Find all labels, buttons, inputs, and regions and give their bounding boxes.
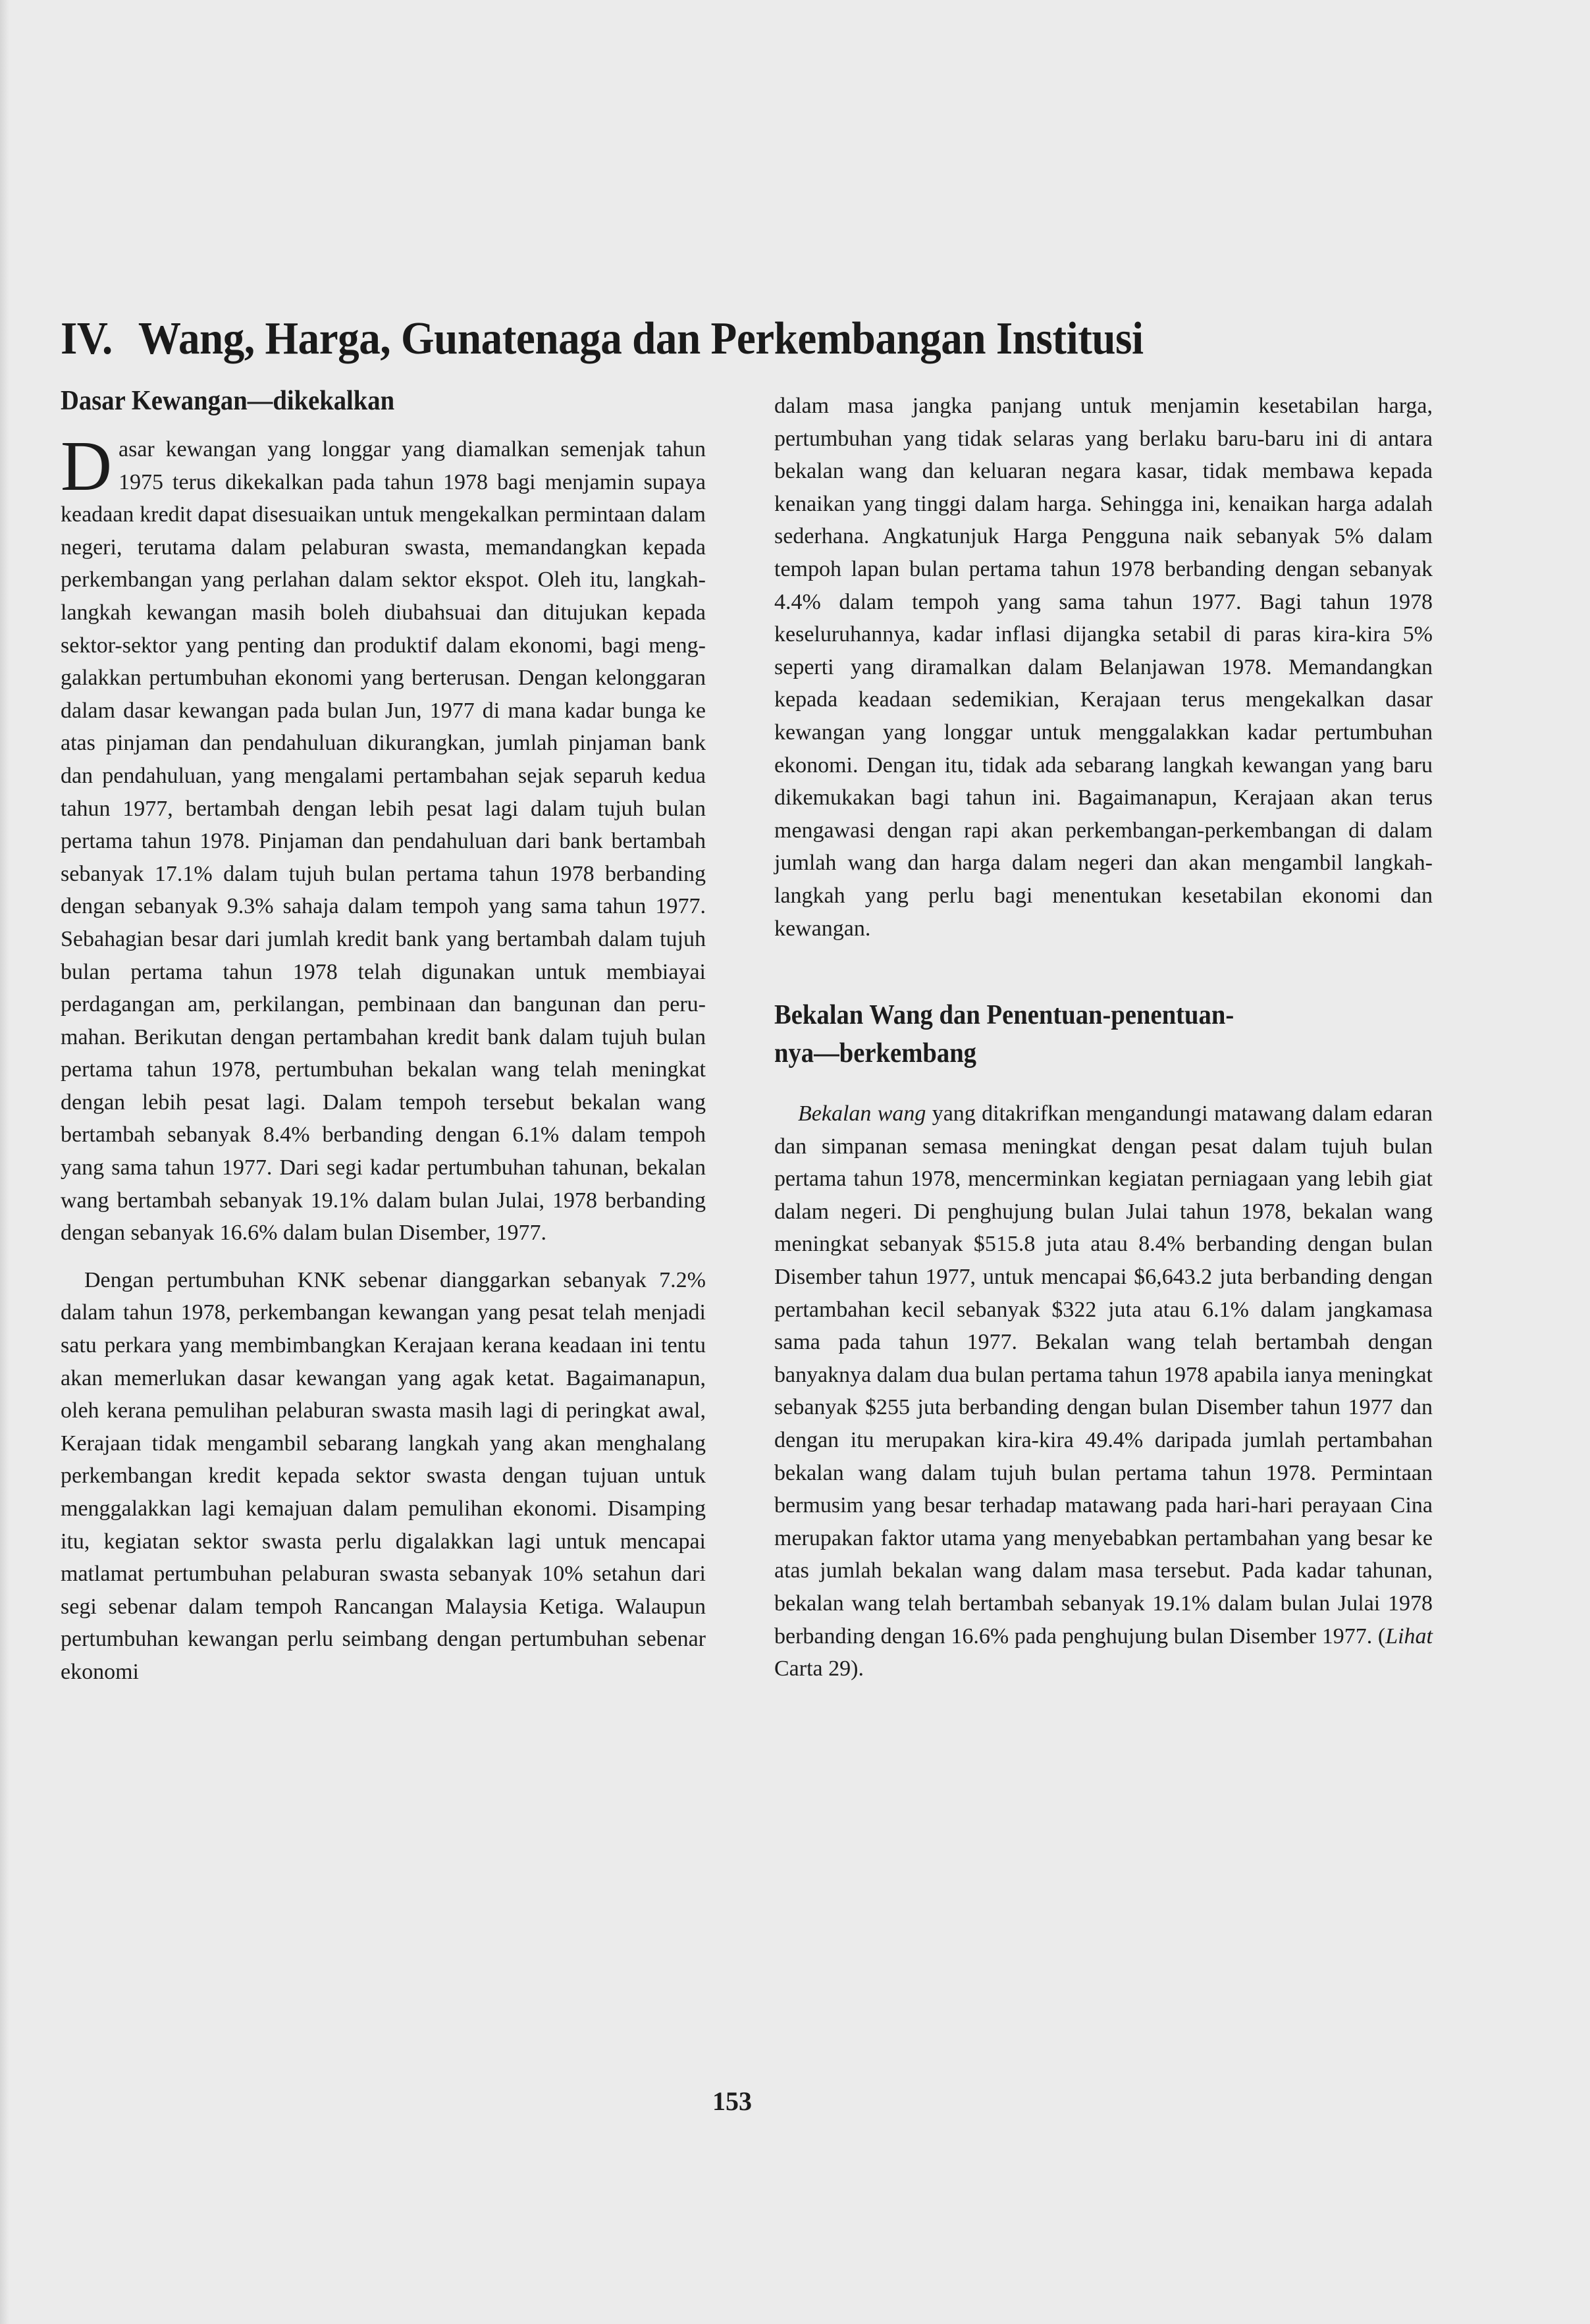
italic-term: Bekalan wang xyxy=(798,1101,926,1126)
page-edge-shadow xyxy=(0,0,9,2324)
paragraph-bekalan-wang: Bekalan wang yang ditakrifkan mengandung… xyxy=(774,1097,1433,1685)
paragraph-continuation: dalam masa jangka panjang untuk menjamin… xyxy=(774,390,1433,945)
cross-reference[interactable]: Lihat xyxy=(1385,1624,1433,1649)
page-number: 153 xyxy=(712,2086,752,2117)
drop-cap: D xyxy=(61,438,112,495)
chapter-title: IV.Wang, Harga, Gunatenaga dan Perkemban… xyxy=(61,313,1408,365)
paragraph-dasar-kewangan-1: Dasar kewangan yang longgar yang diamalk… xyxy=(61,433,706,1250)
chapter-title-text: Wang, Harga, Gunatenaga dan Perkembangan… xyxy=(138,313,1144,364)
section-heading-dasar-kewangan: Dasar Kewangan—dikekalkan xyxy=(61,382,654,420)
section-heading-bekalan-wang: Bekalan Wang dan Penentuan-penentuan- ny… xyxy=(774,996,1380,1072)
paragraph-dasar-kewangan-2: Dengan pertumbuhan KNK sebenar dianggark… xyxy=(61,1264,706,1689)
right-column: dalam masa jangka panjang untuk menjamin… xyxy=(774,390,1433,1685)
left-column: Dasar Kewangan—dikekalkan Dasar kewangan… xyxy=(61,382,706,1689)
paragraph-text: asar kewangan yang longgar yang diamalka… xyxy=(61,437,706,1245)
heading-line-2: nya—berkembang xyxy=(774,1034,1380,1072)
chapter-number: IV. xyxy=(61,313,113,364)
paragraph-text-end: Carta 29). xyxy=(774,1656,864,1681)
paragraph-text: yang ditakrifkan mengandungi matawang da… xyxy=(774,1101,1433,1649)
heading-line-1: Bekalan Wang dan Penentuan-penentuan- xyxy=(774,996,1380,1034)
